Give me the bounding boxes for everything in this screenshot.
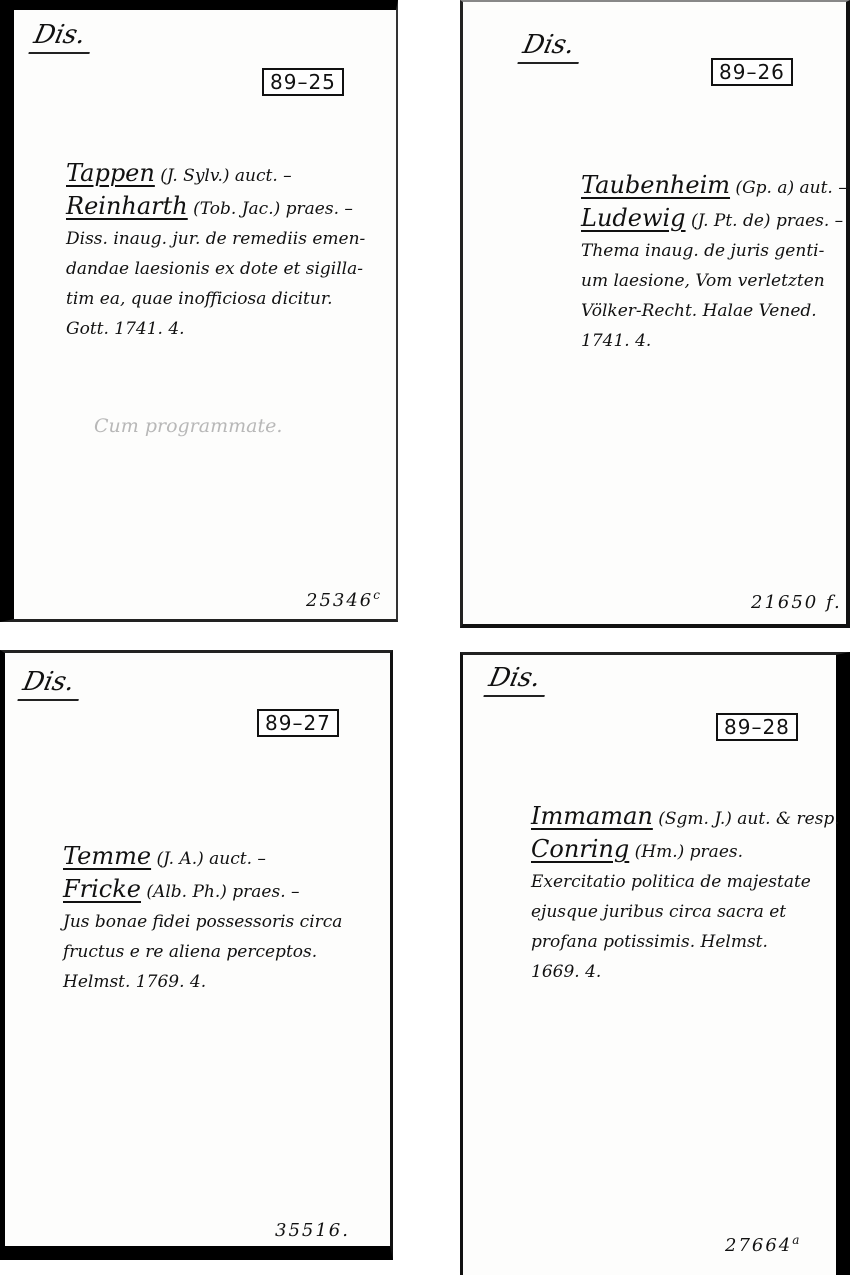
shelf-mark: 89–28 [716,713,798,741]
praeses-details: (Alb. Ph.) praes. – [141,882,300,902]
praeses-line: Reinharth (Tob. Jac.) praes. – [66,191,365,224]
title-line: Thema inaug. de juris genti- [581,236,847,266]
accession-number: 35516. [275,1218,350,1241]
accession-value: 35516. [275,1220,350,1241]
praeses-line: Ludewig (J. Pt. de) praes. – [581,203,847,236]
author-details: (Sgm. J.) aut. & resp. [653,809,840,829]
author-details: (J. A.) auct. – [151,849,266,869]
title-line: profana potissimis. Helmst. [531,927,840,957]
dis-label: Dis. [517,30,585,64]
accession-suffix: a [792,1233,801,1247]
title-line: Exercitatio politica de majestate [531,867,840,897]
pencil-note: Cum programmate. [94,415,282,437]
author-line: Taubenheim (Gp. a) aut. – [581,170,847,203]
praeses-name: Ludewig [581,204,686,232]
title-line: Diss. inaug. jur. de remediis emen- [66,224,365,254]
shelf-mark: 89–26 [711,58,793,86]
author-line: Immaman (Sgm. J.) aut. & resp. [531,801,840,834]
accession-suffix: c [373,588,382,602]
catalog-card-89-25: Dis. 89–25 Tappen (J. Sylv.) auct. – Rei… [0,0,398,622]
author-line: Temme (J. A.) auct. – [63,841,342,874]
praeses-name: Conring [531,835,629,863]
accession-value: 25346 [306,590,373,611]
praeses-details: (Hm.) praes. [629,842,743,862]
accession-number: 21650 f. [751,592,842,613]
author-line: Tappen (J. Sylv.) auct. – [66,158,365,191]
title-line: um laesione, Vom verletzten [581,266,847,296]
author-name: Temme [63,842,151,870]
praeses-details: (J. Pt. de) praes. – [686,211,844,231]
accession-suffix: f. [826,592,842,613]
author-name: Tappen [66,159,155,187]
dis-label: Dis. [28,20,96,54]
accession-value: 27664 [725,1235,792,1256]
accession-value: 21650 [751,592,818,613]
author-name: Immaman [531,802,653,830]
title-line: tim ea, quae inofficiosa dicitur. [66,284,365,314]
praeses-name: Reinharth [66,192,188,220]
author-details: (Gp. a) aut. – [730,178,847,198]
catalog-card-89-26: Dis. 89–26 Taubenheim (Gp. a) aut. – Lud… [460,0,850,628]
shelf-mark: 89–25 [262,68,344,96]
catalog-entry: Taubenheim (Gp. a) aut. – Ludewig (J. Pt… [581,170,847,356]
title-line: Jus bonae fidei possessoris circa [63,907,342,937]
praeses-line: Conring (Hm.) praes. [531,834,840,867]
praeses-line: Fricke (Alb. Ph.) praes. – [63,874,342,907]
accession-number: 27664a [725,1233,801,1256]
dis-label: Dis. [483,663,551,697]
catalog-entry: Tappen (J. Sylv.) auct. – Reinharth (Tob… [66,158,365,344]
title-line: ejusque juribus circa sacra et [531,897,840,927]
catalog-card-89-27: Dis. 89–27 Temme (J. A.) auct. – Fricke … [0,650,393,1260]
imprint-line: 1669. 4. [531,957,840,987]
catalog-entry: Immaman (Sgm. J.) aut. & resp. Conring (… [531,801,840,987]
title-line: dandae laesionis ex dote et sigilla- [66,254,365,284]
catalog-entry: Temme (J. A.) auct. – Fricke (Alb. Ph.) … [63,841,342,997]
catalog-card-89-28: Dis. 89–28 Immaman (Sgm. J.) aut. & resp… [460,652,850,1275]
dis-label: Dis. [17,667,85,701]
imprint-line: 1741. 4. [581,326,847,356]
accession-number: 25346c [306,588,382,611]
author-name: Taubenheim [581,171,730,199]
shelf-mark: 89–27 [257,709,339,737]
imprint-line: Gott. 1741. 4. [66,314,365,344]
praeses-name: Fricke [63,875,141,903]
imprint-line: Helmst. 1769. 4. [63,967,342,997]
title-line: Völker-Recht. Halae Vened. [581,296,847,326]
praeses-details: (Tob. Jac.) praes. – [188,199,353,219]
author-details: (J. Sylv.) auct. – [155,166,292,186]
title-line: fructus e re aliena perceptos. [63,937,342,967]
